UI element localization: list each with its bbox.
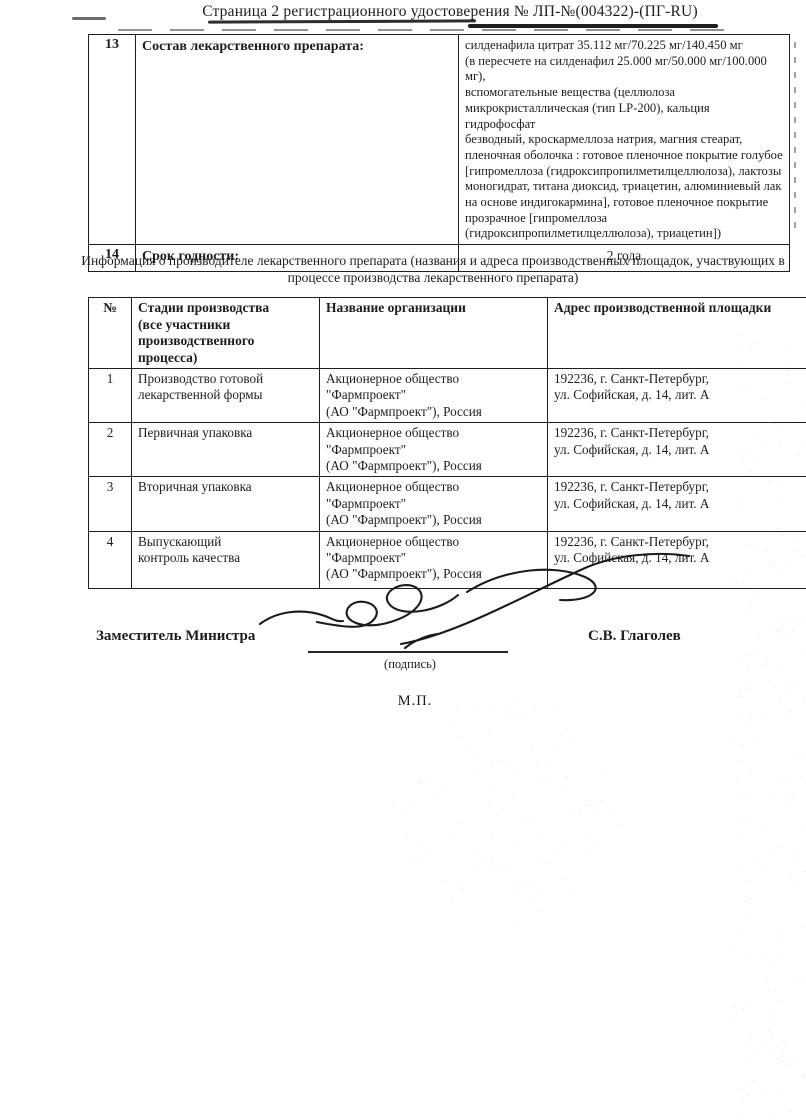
cell-number: 2 <box>89 423 132 477</box>
cell-address: 192236, г. Санкт-Петербург, ул. Софийска… <box>548 477 806 531</box>
scan-margin-marks <box>794 42 796 230</box>
cell-stage: Первичная упаковка <box>132 423 320 477</box>
scan-smudge <box>72 17 106 20</box>
scan-smudge <box>208 19 476 23</box>
page-title: Страница 2 регистрационного удостоверени… <box>110 3 790 21</box>
cell-stage: Вторичная упаковка <box>132 477 320 531</box>
table-header-row: № Стадии производства (все участники про… <box>89 298 806 369</box>
row-label: Состав лекарственного препарата: <box>136 35 459 245</box>
signatory-name: С.В. Глаголев <box>588 628 778 645</box>
composition-table: 13 Состав лекарственного препарата: силд… <box>88 34 790 272</box>
row-value: силденафила цитрат 35.112 мг/70.225 мг/1… <box>459 35 790 245</box>
table-row: 3 Вторичная упаковка Акционерное обществ… <box>89 477 806 531</box>
header-number: № <box>89 298 132 369</box>
cell-number: 3 <box>89 477 132 531</box>
cell-organization: Акционерное общество "Фармпроект" (АО "Ф… <box>320 369 548 423</box>
cell-address: 192236, г. Санкт-Петербург, ул. Софийска… <box>548 369 806 423</box>
header-organization: Название организации <box>320 298 548 369</box>
signature-line <box>308 651 508 653</box>
table-row: 13 Состав лекарственного препарата: силд… <box>89 35 790 245</box>
scan-smudge <box>118 29 740 31</box>
cell-number: 1 <box>89 369 132 423</box>
cell-number: 4 <box>89 531 132 588</box>
cell-address: 192236, г. Санкт-Петербург, ул. Софийска… <box>548 423 806 477</box>
row-number: 13 <box>89 35 136 245</box>
manufacturers-table: № Стадии производства (все участники про… <box>88 297 806 589</box>
signature-caption: (подпись) <box>330 657 490 672</box>
manufacturer-note: Информация о производителе лекарственног… <box>78 252 788 286</box>
table-row: 1 Производство готовой лекарственной фор… <box>89 369 806 423</box>
cell-stage: Производство готовой лекарственной формы <box>132 369 320 423</box>
scan-smudge <box>468 24 718 28</box>
scanned-document-page: Страница 2 регистрационного удостоверени… <box>0 0 806 1120</box>
header-stage: Стадии производства (все участники произ… <box>132 298 320 369</box>
cell-organization: Акционерное общество "Фармпроект" (АО "Ф… <box>320 477 548 531</box>
header-address: Адрес производственной площадки <box>548 298 806 369</box>
cell-organization: Акционерное общество "Фармпроект" (АО "Ф… <box>320 423 548 477</box>
deputy-minister-title: Заместитель Министра <box>96 628 255 645</box>
table-row: 2 Первичная упаковка Акционерное обществ… <box>89 423 806 477</box>
seal-placeholder: М.П. <box>335 693 495 710</box>
